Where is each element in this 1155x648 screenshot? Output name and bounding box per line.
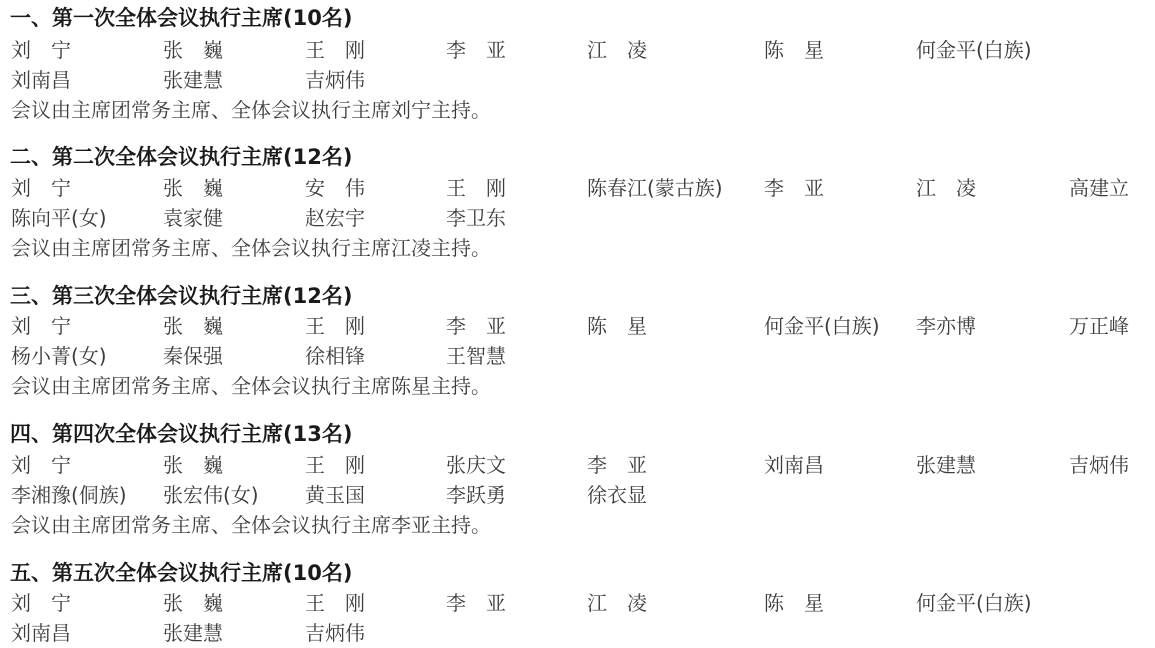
name-item: 江 凌	[916, 175, 976, 201]
section-heading: 四、第四次全体会议执行主席(13名)	[10, 421, 352, 447]
name-item: 刘 宁	[11, 175, 71, 201]
name-item: 黄玉国	[305, 482, 365, 508]
name-row: 刘 宁 张 巍 王 刚 李 亚 陈 星 何金平(白族) 李亦博 万正峰	[0, 313, 1155, 341]
name-row: 刘 宁 张 巍 王 刚 李 亚 江 凌 陈 星 何金平(白族)	[0, 37, 1155, 65]
name-item: 李跃勇	[446, 482, 506, 508]
name-item: 秦保强	[163, 343, 223, 369]
name-row: 陈向平(女) 袁家健 赵宏宇 李卫东	[0, 205, 1155, 233]
name-item: 徐相锋	[305, 343, 365, 369]
name-item: 刘南昌	[764, 452, 824, 478]
name-item: 张建慧	[163, 620, 223, 646]
name-item: 王 刚	[446, 175, 506, 201]
name-item: 王智慧	[446, 343, 506, 369]
name-item: 王 刚	[305, 590, 365, 616]
name-item: 李 亚	[446, 37, 506, 63]
name-item: 陈向平(女)	[11, 205, 107, 231]
name-item: 刘南昌	[11, 620, 71, 646]
name-item: 江 凌	[587, 37, 647, 63]
name-item: 张建慧	[916, 452, 976, 478]
name-item: 杨小菁(女)	[11, 343, 107, 369]
name-item: 张 巍	[163, 452, 223, 478]
name-item: 安 伟	[305, 175, 365, 201]
section-heading: 一、第一次全体会议执行主席(10名)	[10, 5, 352, 31]
name-item: 李 亚	[764, 175, 824, 201]
presiding-note: 会议由主席团常务主席、全体会议执行主席李亚主持。	[11, 512, 491, 538]
name-row: 刘南昌 张建慧 吉炳伟	[0, 67, 1155, 95]
section-heading: 三、第三次全体会议执行主席(12名)	[10, 283, 352, 309]
name-item: 万正峰	[1069, 313, 1129, 339]
name-item: 陈 星	[764, 590, 824, 616]
name-item: 张 巍	[163, 175, 223, 201]
name-item: 张 巍	[163, 37, 223, 63]
name-item: 袁家健	[163, 205, 223, 231]
name-item: 何金平(白族)	[764, 313, 880, 339]
name-item: 刘 宁	[11, 590, 71, 616]
name-row: 杨小菁(女) 秦保强 徐相锋 王智慧	[0, 343, 1155, 371]
name-item: 李 亚	[446, 313, 506, 339]
name-item: 张 巍	[163, 313, 223, 339]
name-item: 李卫东	[446, 205, 506, 231]
name-row: 李湘豫(侗族) 张宏伟(女) 黄玉国 李跃勇 徐衣显	[0, 482, 1155, 510]
name-row: 刘 宁 张 巍 王 刚 张庆文 李 亚 刘南昌 张建慧 吉炳伟	[0, 452, 1155, 480]
presiding-note: 会议由主席团常务主席、全体会议执行主席陈星主持。	[11, 373, 491, 399]
name-row: 刘 宁 张 巍 安 伟 王 刚 陈春江(蒙古族) 李 亚 江 凌 高建立	[0, 175, 1155, 203]
name-item: 吉炳伟	[305, 620, 365, 646]
name-item: 王 刚	[305, 313, 365, 339]
name-item: 张宏伟(女)	[163, 482, 259, 508]
name-item: 王 刚	[305, 37, 365, 63]
section-heading: 五、第五次全体会议执行主席(10名)	[10, 560, 352, 586]
name-item: 陈春江(蒙古族)	[587, 175, 723, 201]
name-row: 刘 宁 张 巍 王 刚 李 亚 江 凌 陈 星 何金平(白族)	[0, 590, 1155, 618]
presiding-note: 会议由主席团常务主席、全体会议执行主席刘宁主持。	[11, 97, 491, 123]
name-item: 李湘豫(侗族)	[11, 482, 127, 508]
section-heading: 二、第二次全体会议执行主席(12名)	[10, 144, 352, 170]
name-item: 何金平(白族)	[916, 37, 1032, 63]
name-item: 刘南昌	[11, 67, 71, 93]
name-item: 刘 宁	[11, 313, 71, 339]
name-item: 江 凌	[587, 590, 647, 616]
name-item: 李 亚	[446, 590, 506, 616]
presiding-note: 会议由主席团常务主席、全体会议执行主席江凌主持。	[11, 235, 491, 261]
name-item: 刘 宁	[11, 37, 71, 63]
name-item: 徐衣显	[587, 482, 647, 508]
name-item: 刘 宁	[11, 452, 71, 478]
name-item: 高建立	[1069, 175, 1129, 201]
name-item: 陈 星	[764, 37, 824, 63]
name-item: 赵宏宇	[305, 205, 365, 231]
name-item: 张 巍	[163, 590, 223, 616]
name-item: 李 亚	[587, 452, 647, 478]
name-item: 陈 星	[587, 313, 647, 339]
name-item: 张建慧	[163, 67, 223, 93]
name-row: 刘南昌 张建慧 吉炳伟	[0, 620, 1155, 648]
name-item: 李亦博	[916, 313, 976, 339]
name-item: 吉炳伟	[1069, 452, 1129, 478]
name-item: 何金平(白族)	[916, 590, 1032, 616]
name-item: 吉炳伟	[305, 67, 365, 93]
name-item: 王 刚	[305, 452, 365, 478]
name-item: 张庆文	[446, 452, 506, 478]
